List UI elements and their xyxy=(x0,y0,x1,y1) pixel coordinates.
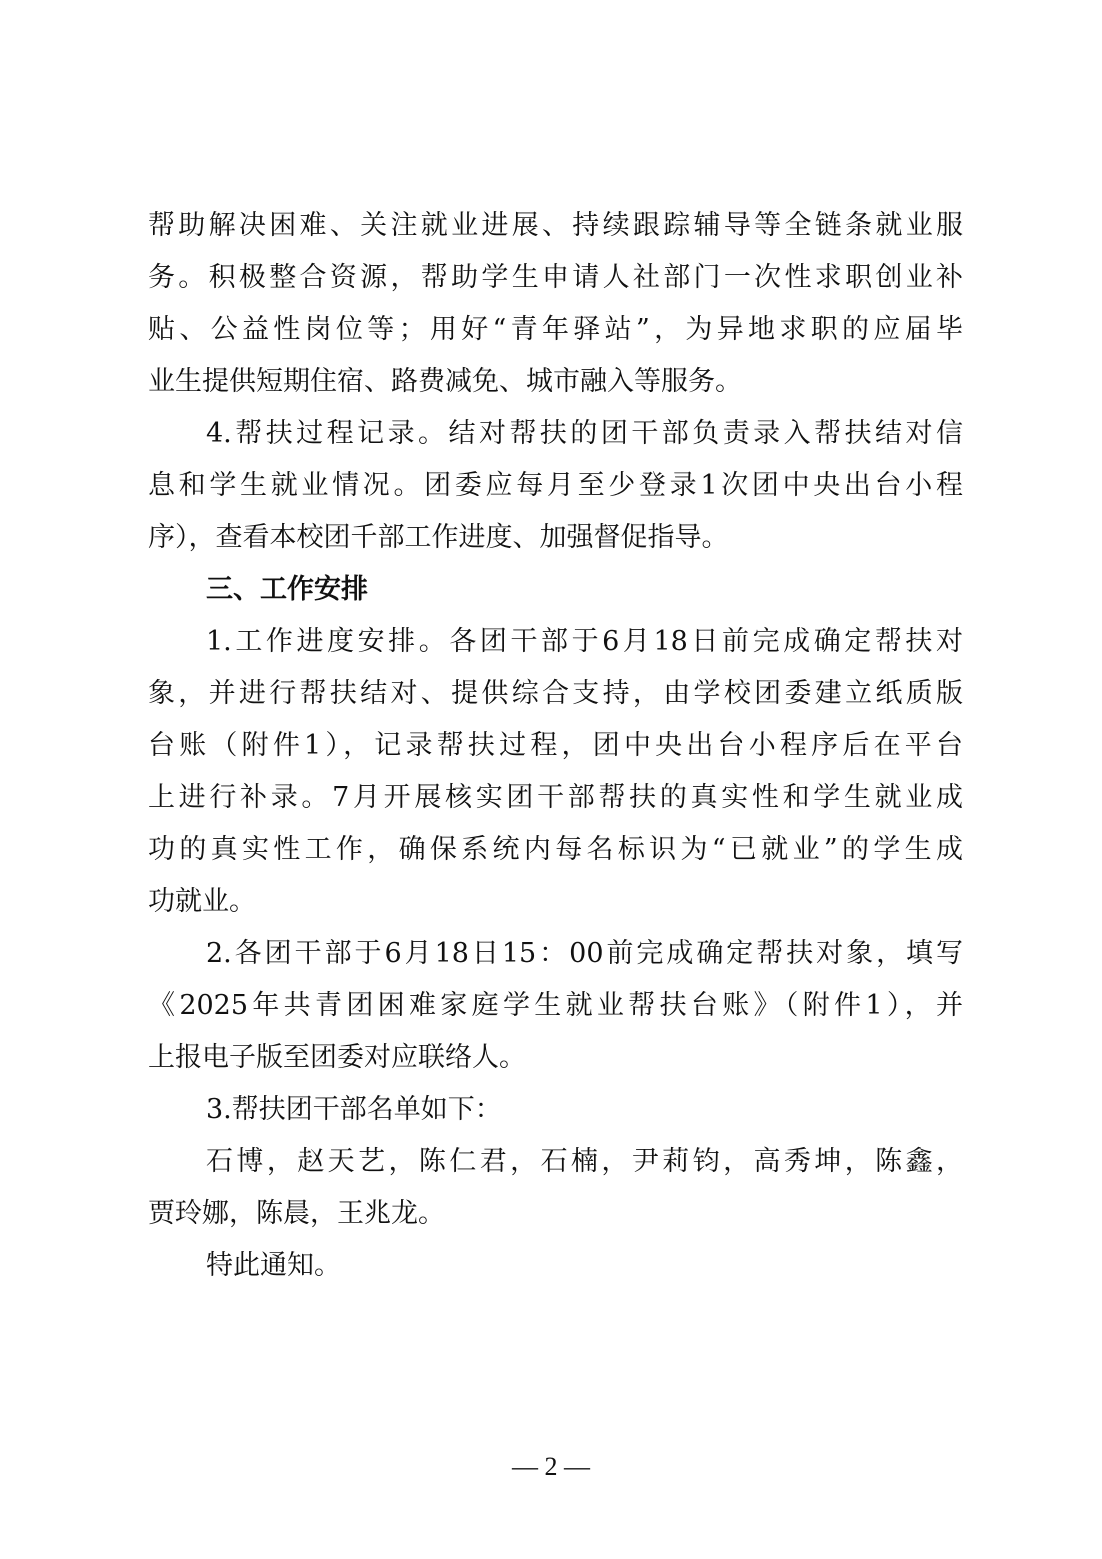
text-line: 务。积极整合资源，帮助学生申请人社部门一次性求职创业补 xyxy=(148,252,963,304)
text-line: 上进行补录。7月开展核实团干部帮扶的真实性和学生就业成 xyxy=(148,772,963,824)
text-line: 1.工作进度安排。各团干部于6月18日前完成确定帮扶对 xyxy=(148,616,963,668)
text-line: 贴、公益性岗位等；用好“青年驿站”，为异地求职的应届毕 xyxy=(148,304,963,356)
text-line: 《2025年共青团困难家庭学生就业帮扶台账》（附件1），并 xyxy=(148,980,963,1032)
text-line: 上报电子版至团委对应联络人。 xyxy=(148,1032,963,1084)
text-line: 息和学生就业情况。团委应每月至少登录1次团中央出台小程 xyxy=(148,460,963,512)
text-line: 帮助解决困难、关注就业进展、持续跟踪辅导等全链条就业服 xyxy=(148,200,963,252)
text-line: 业生提供短期住宿、路费减免、城市融入等服务。 xyxy=(148,356,963,408)
name-list-line: 石博，赵天艺，陈仁君，石楠，尹莉钧，高秀坤，陈鑫， xyxy=(148,1136,963,1188)
text-line: 序），查看本校团千部工作进度、加强督促指导。 xyxy=(148,512,963,564)
text-line: 功的真实性工作，确保系统内每名标识为“已就业”的学生成 xyxy=(148,824,963,876)
text-line: 象，并进行帮扶结对、提供综合支持，由学校团委建立纸质版 xyxy=(148,668,963,720)
section-heading: 三、工作安排 xyxy=(148,564,963,616)
name-list-line: 贾玲娜，陈晨，王兆龙。 xyxy=(148,1188,963,1240)
text-line: 台账（附件1），记录帮扶过程，团中央出台小程序后在平台 xyxy=(148,720,963,772)
page-number: — 2 — xyxy=(0,1452,1102,1482)
text-line: 3.帮扶团干部名单如下： xyxy=(148,1084,963,1136)
text-line: 2.各团干部于6月18日15：00前完成确定帮扶对象，填写 xyxy=(148,928,963,980)
text-line: 功就业。 xyxy=(148,876,963,928)
document-page: 帮助解决困难、关注就业进展、持续跟踪辅导等全链条就业服 务。积极整合资源，帮助学… xyxy=(0,0,1102,1559)
text-line: 4.帮扶过程记录。结对帮扶的团干部负责录入帮扶结对信 xyxy=(148,408,963,460)
closing-line: 特此通知。 xyxy=(148,1240,963,1292)
document-body: 帮助解决困难、关注就业进展、持续跟踪辅导等全链条就业服 务。积极整合资源，帮助学… xyxy=(148,200,963,1292)
